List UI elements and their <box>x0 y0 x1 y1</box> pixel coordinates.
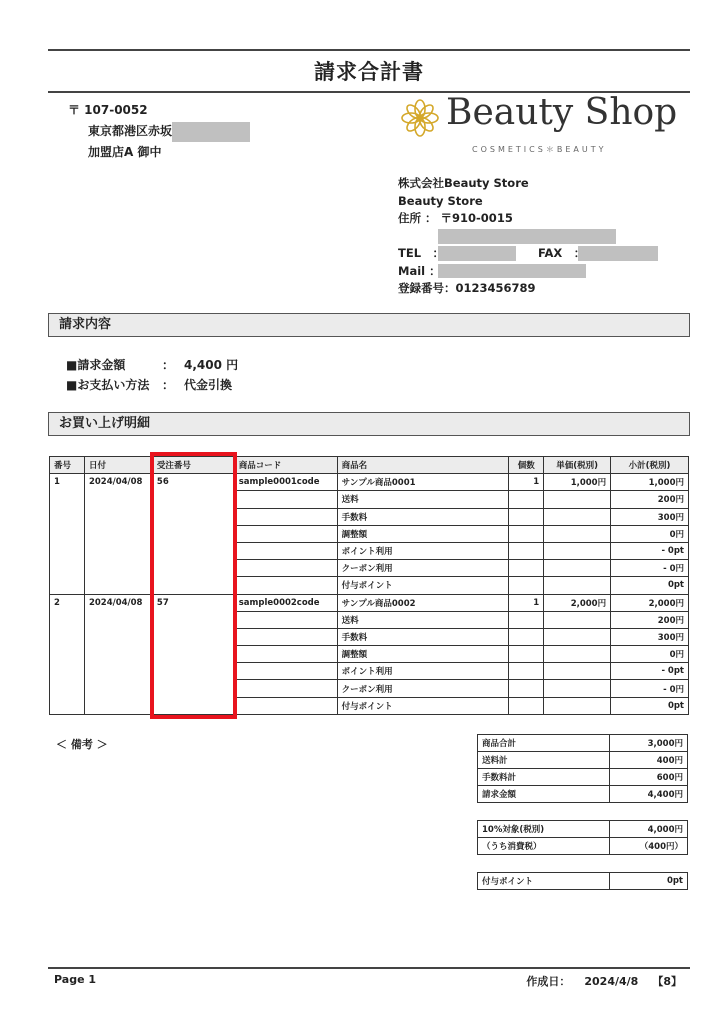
product-name-cell: 付与ポイント <box>337 697 509 714</box>
product-code-cell <box>234 663 337 680</box>
product-code-cell <box>234 508 337 525</box>
col-header-product-name: 商品名 <box>337 457 509 474</box>
recipient-address: 東京都港区赤坂 <box>88 124 172 138</box>
subtotal-cell: - 0pt <box>611 663 689 680</box>
product-name-cell: ポイント利用 <box>337 663 509 680</box>
issuer-store: Beauty Store <box>398 193 536 211</box>
product-name-cell: 付与ポイント <box>337 577 509 594</box>
points-table: 付与ポイント0pt <box>477 872 688 890</box>
col-header-order-no: 受注番号 <box>152 457 234 474</box>
product-name-cell: 送料 <box>337 491 509 508</box>
table-header-row: 番号 日付 受注番号 商品コード 商品名 個数 単価(税別) 小計(税別) <box>50 457 689 474</box>
order-number-cell: 56 <box>152 474 234 594</box>
tax-body: 10%対象(税別)4,000円（うち消費税）（400円） <box>478 821 688 855</box>
order-number-cell: 57 <box>152 594 234 714</box>
title-top-rule <box>48 49 690 51</box>
redacted-issuer-address <box>438 229 616 244</box>
qty-cell: 1 <box>509 474 544 491</box>
unit-price-cell <box>544 663 611 680</box>
recipient-block: 〒 107-0052 東京都港区赤坂 加盟店A 御中 <box>68 100 250 163</box>
product-code-cell <box>234 697 337 714</box>
qty-cell <box>509 525 544 542</box>
product-name-cell: 手数料 <box>337 508 509 525</box>
page-number: Page 1 <box>54 973 96 986</box>
totals-label: 手数料計 <box>478 769 610 786</box>
recipient-postal: 〒 107-0052 <box>68 100 250 121</box>
subtotal-cell: 0pt <box>611 697 689 714</box>
unit-price-cell <box>544 646 611 663</box>
tax-label: （うち消費税） <box>478 838 610 855</box>
document-code: 【8】 <box>652 975 682 988</box>
issuer-contact-row: TEL ： FAX ： <box>398 245 536 263</box>
tax-row: （うち消費税）（400円） <box>478 838 688 855</box>
recipient-name: 加盟店A 御中 <box>68 142 250 163</box>
qty-cell <box>509 560 544 577</box>
footer-rule <box>48 967 690 969</box>
subtotal-cell: 0円 <box>611 646 689 663</box>
totals-row: 送料計400円 <box>478 752 688 769</box>
totals-row: 商品合計3,000円 <box>478 735 688 752</box>
invoice-page: 請求合計書 〒 107-0052 東京都港区赤坂 加盟店A 御中 Beauty … <box>0 0 722 1024</box>
qty-cell <box>509 508 544 525</box>
product-code-cell <box>234 491 337 508</box>
issuer-block: 株式会社Beauty Store Beauty Store 住所 ： 〒910-… <box>398 175 536 298</box>
totals-label: 商品合計 <box>478 735 610 752</box>
product-code-cell <box>234 680 337 697</box>
product-name-cell: クーポン利用 <box>337 560 509 577</box>
payment-method-sep: ： <box>162 375 184 395</box>
totals-label: 送料計 <box>478 752 610 769</box>
redacted-fax <box>578 246 658 261</box>
billing-section-heading: 請求内容 <box>48 313 690 337</box>
order-date-cell: 2024/04/08 <box>84 594 152 714</box>
flower-logo-icon <box>400 98 440 138</box>
payment-method-label: ■お支払い方法 <box>66 375 162 395</box>
totals-value: 4,400円 <box>610 786 688 803</box>
detail-section-heading: お買い上げ明細 <box>48 412 690 436</box>
issuer-address-line2 <box>398 228 536 246</box>
product-code-cell <box>234 560 337 577</box>
subtotal-cell: 2,000円 <box>611 594 689 611</box>
qty-cell: 1 <box>509 594 544 611</box>
unit-price-cell <box>544 542 611 559</box>
subtotal-cell: - 0pt <box>611 542 689 559</box>
subtotal-cell: 300円 <box>611 508 689 525</box>
qty-cell <box>509 611 544 628</box>
subtotal-cell: 200円 <box>611 611 689 628</box>
totals-body: 商品合計3,000円送料計400円手数料計600円請求金額4,400円 <box>478 735 688 803</box>
remarks-label: ＜ 備考 ＞ <box>56 736 108 752</box>
issuer-mail-label: Mail ： <box>398 264 441 278</box>
col-header-product-code: 商品コード <box>234 457 337 474</box>
subtotal-cell: 300円 <box>611 628 689 645</box>
totals-table: 商品合計3,000円送料計400円手数料計600円請求金額4,400円 <box>477 734 688 803</box>
qty-cell <box>509 491 544 508</box>
col-header-subtotal: 小計(税別) <box>611 457 689 474</box>
billing-amount-value: 4,400 円 <box>184 355 238 375</box>
created-date-label: 作成日： <box>526 975 570 988</box>
payment-method-row: ■お支払い方法 ： 代金引換 <box>66 375 238 395</box>
tax-table: 10%対象(税別)4,000円（うち消費税）（400円） <box>477 820 688 855</box>
created-date: 2024/4/8 <box>584 975 638 988</box>
unit-price-cell <box>544 577 611 594</box>
product-code-cell: sample0001code <box>234 474 337 491</box>
unit-price-cell <box>544 491 611 508</box>
qty-cell <box>509 628 544 645</box>
issuer-postal: 〒910-0015 <box>441 211 513 225</box>
totals-value: 400円 <box>610 752 688 769</box>
table-row: 22024/04/0857sample0002codeサンプル商品000212,… <box>50 594 689 611</box>
order-date-cell: 2024/04/08 <box>84 474 152 594</box>
unit-price-cell <box>544 525 611 542</box>
billing-amount-row: ■請求金額 ： 4,400 円 <box>66 355 238 375</box>
issuer-address-label: 住所 ： <box>398 211 437 225</box>
col-header-no: 番号 <box>50 457 85 474</box>
product-code-cell <box>234 628 337 645</box>
product-code-cell <box>234 646 337 663</box>
recipient-address-row: 東京都港区赤坂 <box>68 121 250 142</box>
brand-logo: Beauty Shop COSMETICS＊BEAUTY <box>400 96 690 158</box>
issuer-address-row: 住所 ： 〒910-0015 <box>398 210 536 228</box>
redacted-mail <box>438 264 586 278</box>
points-value: 0pt <box>610 873 688 890</box>
logo-wordmark: Beauty Shop <box>446 92 677 133</box>
billing-amount-sep: ： <box>162 355 184 375</box>
product-code-cell <box>234 542 337 559</box>
product-name-cell: サンプル商品0002 <box>337 594 509 611</box>
subtotal-cell: 200円 <box>611 491 689 508</box>
issuer-company: 株式会社Beauty Store <box>398 175 536 193</box>
order-detail-body: 12024/04/0856sample0001codeサンプル商品000111,… <box>50 474 689 715</box>
billing-amount-label: ■請求金額 <box>66 355 162 375</box>
unit-price-cell <box>544 611 611 628</box>
product-code-cell <box>234 525 337 542</box>
subtotal-cell: 0円 <box>611 525 689 542</box>
table-row: 12024/04/0856sample0001codeサンプル商品000111,… <box>50 474 689 491</box>
footer-meta: 作成日：2024/4/8【8】 <box>526 973 682 989</box>
order-detail-table: 番号 日付 受注番号 商品コード 商品名 個数 単価(税別) 小計(税別) 12… <box>49 456 689 715</box>
unit-price-cell: 2,000円 <box>544 594 611 611</box>
totals-label: 請求金額 <box>478 786 610 803</box>
points-label: 付与ポイント <box>478 873 610 890</box>
tax-value: 4,000円 <box>610 821 688 838</box>
unit-price-cell: 1,000円 <box>544 474 611 491</box>
unit-price-cell <box>544 697 611 714</box>
qty-cell <box>509 663 544 680</box>
tax-label: 10%対象(税別) <box>478 821 610 838</box>
totals-value: 600円 <box>610 769 688 786</box>
col-header-qty: 個数 <box>509 457 544 474</box>
qty-cell <box>509 577 544 594</box>
issuer-registration-row: 登録番号：0123456789 <box>398 280 536 298</box>
subtotal-cell: 0pt <box>611 577 689 594</box>
unit-price-cell <box>544 628 611 645</box>
product-name-cell: 調整額 <box>337 525 509 542</box>
subtotal-cell: - 0円 <box>611 560 689 577</box>
billing-summary: ■請求金額 ： 4,400 円 ■お支払い方法 ： 代金引換 <box>66 355 238 395</box>
logo-tagline: COSMETICS＊BEAUTY <box>472 144 606 155</box>
product-code-cell <box>234 611 337 628</box>
product-code-cell: sample0002code <box>234 594 337 611</box>
order-no-cell: 1 <box>50 474 85 594</box>
product-name-cell: クーポン利用 <box>337 680 509 697</box>
col-header-unit-price: 単価(税別) <box>544 457 611 474</box>
subtotal-cell: 1,000円 <box>611 474 689 491</box>
subtotal-cell: - 0円 <box>611 680 689 697</box>
redacted-tel <box>438 246 516 261</box>
product-name-cell: サンプル商品0001 <box>337 474 509 491</box>
payment-method-value: 代金引換 <box>184 375 232 395</box>
product-name-cell: 調整額 <box>337 646 509 663</box>
tax-row: 10%対象(税別)4,000円 <box>478 821 688 838</box>
issuer-mail-row: Mail ： <box>398 263 536 281</box>
unit-price-cell <box>544 560 611 577</box>
issuer-registration-label: 登録番号： <box>398 281 456 295</box>
unit-price-cell <box>544 680 611 697</box>
tax-value: （400円） <box>610 838 688 855</box>
qty-cell <box>509 680 544 697</box>
document-title: 請求合計書 <box>48 56 690 86</box>
issuer-registration-number: 0123456789 <box>456 281 536 295</box>
order-no-cell: 2 <box>50 594 85 714</box>
product-name-cell: 送料 <box>337 611 509 628</box>
points-body: 付与ポイント0pt <box>478 873 688 890</box>
qty-cell <box>509 646 544 663</box>
points-row: 付与ポイント0pt <box>478 873 688 890</box>
totals-row: 手数料計600円 <box>478 769 688 786</box>
totals-value: 3,000円 <box>610 735 688 752</box>
product-name-cell: 手数料 <box>337 628 509 645</box>
product-code-cell <box>234 577 337 594</box>
qty-cell <box>509 697 544 714</box>
col-header-date: 日付 <box>84 457 152 474</box>
product-name-cell: ポイント利用 <box>337 542 509 559</box>
totals-row: 請求金額4,400円 <box>478 786 688 803</box>
redacted-address <box>172 122 250 142</box>
unit-price-cell <box>544 508 611 525</box>
qty-cell <box>509 542 544 559</box>
